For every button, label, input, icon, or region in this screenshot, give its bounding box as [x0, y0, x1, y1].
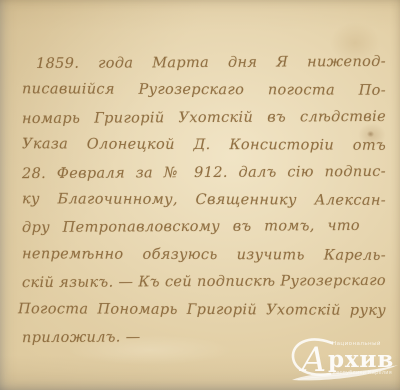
manuscript-line: 28. Февраля за № 912. далъ сію подпис-: [22, 158, 386, 188]
manuscript-line: писавшійся Ругозерскаго погоста По-: [22, 77, 386, 106]
manuscript-line: Указа Олонецкой Д. Консисторіи отъ: [22, 131, 386, 160]
manuscript-line: непремѣнно обязуюсь изучить Карель-: [22, 241, 386, 270]
quill-feather-icon: [292, 365, 398, 380]
manuscript-page: 1859. года Марта дня Я нижепод- писавшій…: [0, 0, 400, 390]
manuscript-line: скій языкъ. — Къ сей подпискѣ Ругозерска…: [22, 268, 386, 298]
manuscript-line: дру Петропавловскому въ томъ, что: [22, 213, 360, 242]
manuscript-text-block: 1859. года Марта дня Я нижепод- писавшій…: [22, 50, 386, 351]
manuscript-line: ку Благочинному, Священнику Алексан-: [22, 186, 386, 215]
manuscript-line: приложилъ. —: [22, 323, 386, 353]
manuscript-line: 1859. года Марта дня Я нижепод-: [22, 49, 386, 79]
quill-feather-stem-icon: [298, 366, 394, 380]
manuscript-line: номарь Григорій Ухотскій въ слѣдствіе: [22, 104, 386, 134]
manuscript-line: Погоста Пономарь Григорій Ухотскій руку: [18, 296, 386, 325]
watermark-bottom-text: Республики Карелия: [333, 370, 392, 376]
